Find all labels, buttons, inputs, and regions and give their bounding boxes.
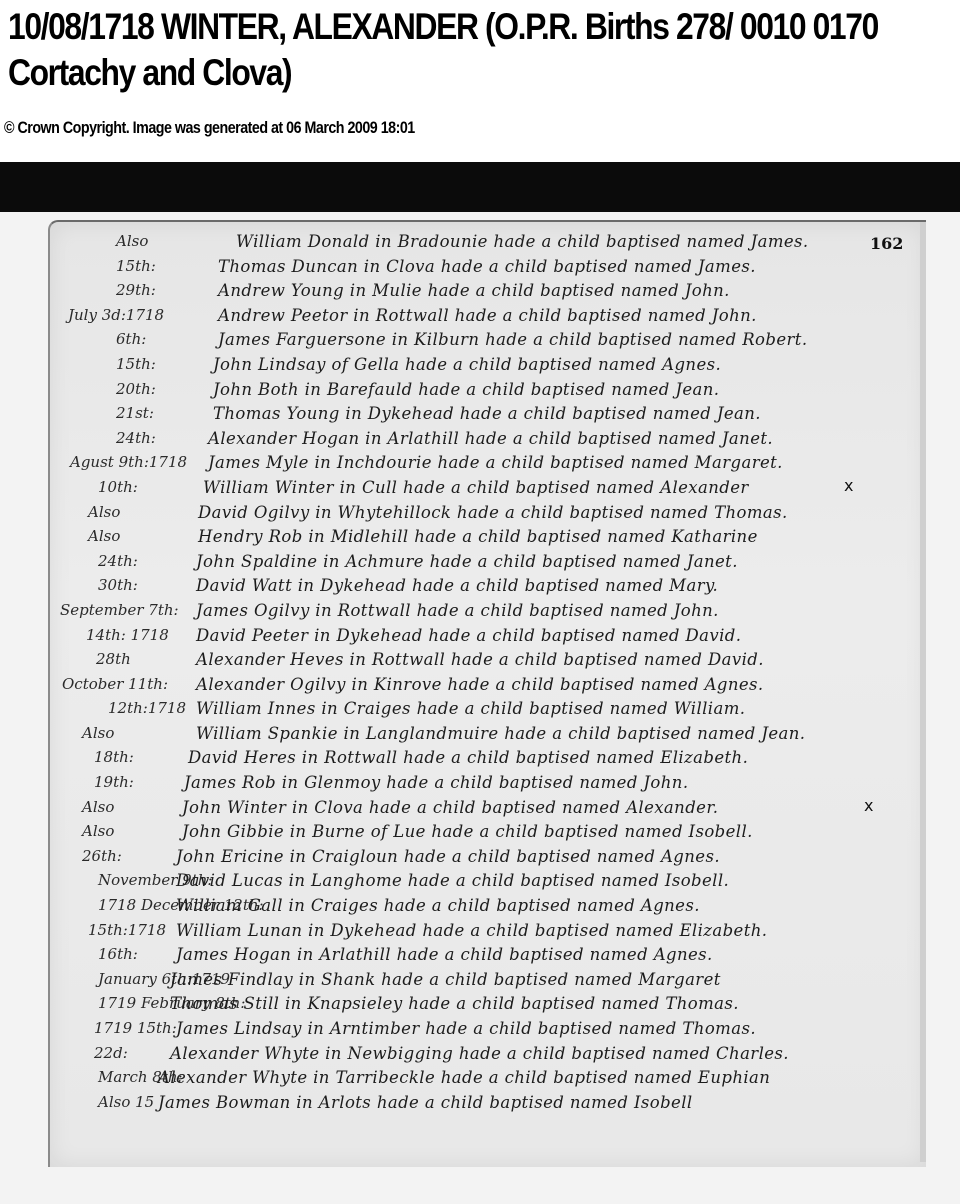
entry-text: James Bowman in Arlots hade a child bapt… (158, 1093, 693, 1112)
entry-text: John Winter in Clova hade a child baptis… (182, 798, 718, 817)
cross-mark-icon: x (864, 796, 873, 815)
register-entry: 6th:James Farguersone in Kilburn hade a … (58, 330, 918, 355)
entry-text: David Peeter in Dykehead hade a child ba… (196, 626, 741, 645)
entry-text: David Lucas in Langhome hade a child bap… (176, 871, 729, 890)
register-entry: 30th:David Watt in Dykehead hade a child… (58, 576, 918, 601)
register-entry: 18th:David Heres in Rottwall hade a chil… (58, 748, 918, 773)
register-entry: 15th:Thomas Duncan in Clova hade a child… (58, 257, 918, 282)
register-entry: October 11th:Alexander Ogilvy in Kinrove… (58, 675, 918, 700)
register-entry: 29th:Andrew Young in Mulie hade a child … (58, 281, 918, 306)
register-entry: September 7th:James Ogilvy in Rottwall h… (58, 601, 918, 626)
entry-text: David Watt in Dykehead hade a child bapt… (196, 576, 718, 595)
register-entry: 15th:1718William Lunan in Dykehead hade … (58, 921, 918, 946)
register-entry: 26th:John Ericine in Craigloun hade a ch… (58, 847, 918, 872)
register-entry: AlsoJohn Winter in Clova hade a child ba… (58, 798, 918, 823)
entry-text: James Myle in Inchdourie hade a child ba… (208, 453, 783, 472)
entry-date: Agust 9th:1718 (70, 453, 210, 471)
entry-text: William Gall in Craiges hade a child bap… (176, 896, 700, 915)
entry-text: William Spankie in Langlandmuire hade a … (196, 724, 805, 743)
entry-text: Alexander Heves in Rottwall hade a child… (196, 650, 764, 669)
register-entry: 19th:James Rob in Glenmoy hade a child b… (58, 773, 918, 798)
register-entry: AlsoJohn Gibbie in Burne of Lue hade a c… (58, 822, 918, 847)
entry-text: James Ogilvy in Rottwall hade a child ba… (196, 601, 719, 620)
entry-text: John Spaldine in Achmure hade a child ba… (196, 552, 738, 571)
register-entry: 10th:William Winter in Cull hade a child… (58, 478, 918, 503)
register-entry: 1719 15th:James Lindsay in Arntimber had… (58, 1019, 918, 1044)
entry-text: James Findlay in Shank hade a child bapt… (170, 970, 721, 989)
entry-text: John Gibbie in Burne of Lue hade a child… (182, 822, 753, 841)
register-entry: 24th:Alexander Hogan in Arlathill hade a… (58, 429, 918, 454)
scan-top-border (0, 162, 960, 214)
entry-text: William Winter in Cull hade a child bapt… (203, 478, 749, 497)
entry-date: October 11th: (62, 675, 202, 693)
entry-date: September 7th: (60, 601, 200, 619)
entry-text: William Innes in Craiges hade a child ba… (196, 699, 745, 718)
register-entry: 22d:Alexander Whyte in Newbigging hade a… (58, 1044, 918, 1069)
entry-text: Thomas Duncan in Clova hade a child bapt… (218, 257, 756, 276)
copyright-notice: © Crown Copyright. Image was generated a… (4, 118, 415, 138)
register-entry: 1718 December 12th:William Gall in Craig… (58, 896, 918, 921)
entry-text: John Both in Barefauld hade a child bapt… (213, 380, 719, 399)
register-entry: AlsoHendry Rob in Midlehill hade a child… (58, 527, 918, 552)
page-edge (920, 222, 926, 1162)
register-entry: 28thAlexander Heves in Rottwall hade a c… (58, 650, 918, 675)
entry-text: John Ericine in Craigloun hade a child b… (176, 847, 720, 866)
baptism-entries: AlsoWilliam Donald in Bradounie hade a c… (58, 232, 918, 1117)
entry-text: James Rob in Glenmoy hade a child baptis… (184, 773, 688, 792)
entry-text: David Heres in Rottwall hade a child bap… (188, 748, 748, 767)
register-entry: March 8th:Alexander Whyte in Tarribeckle… (58, 1068, 918, 1093)
record-header: 10/08/1718 WINTER, ALEXANDER (O.P.R. Bir… (0, 0, 960, 162)
entry-date: Also (116, 232, 256, 250)
register-entry: January 6th:1719James Findlay in Shank h… (58, 970, 918, 995)
entry-text: William Lunan in Dykehead hade a child b… (176, 921, 767, 940)
entry-text: Alexander Hogan in Arlathill hade a chil… (208, 429, 773, 448)
entry-text: James Farguersone in Kilburn hade a chil… (218, 330, 807, 349)
register-entry: 12th:1718William Innes in Craiges hade a… (58, 699, 918, 724)
register-entry: Agust 9th:1718James Myle in Inchdourie h… (58, 453, 918, 478)
register-entry: AlsoWilliam Spankie in Langlandmuire had… (58, 724, 918, 749)
entry-text: James Hogan in Arlathill hade a child ba… (176, 945, 713, 964)
entry-text: William Donald in Bradounie hade a child… (236, 232, 809, 251)
entry-text: Alexander Whyte in Newbigging hade a chi… (170, 1044, 789, 1063)
entry-text: John Lindsay of Gella hade a child bapti… (213, 355, 721, 374)
register-entry: 1719 February 8th:Thomas Still in Knapsi… (58, 994, 918, 1019)
register-entry: AlsoWilliam Donald in Bradounie hade a c… (58, 232, 918, 257)
entry-text: James Lindsay in Arntimber hade a child … (176, 1019, 756, 1038)
register-entry: 14th: 1718David Peeter in Dykehead hade … (58, 626, 918, 651)
register-entry: AlsoDavid Ogilvy in Whytehillock hade a … (58, 503, 918, 528)
register-entry: Also 15James Bowman in Arlots hade a chi… (58, 1093, 918, 1118)
entry-text: Alexander Ogilvy in Kinrove hade a child… (196, 675, 764, 694)
record-title: 10/08/1718 WINTER, ALEXANDER (O.P.R. Bir… (8, 4, 937, 96)
cross-mark-icon: x (844, 476, 853, 495)
entry-text: Hendry Rob in Midlehill hade a child bap… (198, 527, 758, 546)
register-entry: 15th:John Lindsay of Gella hade a child … (58, 355, 918, 380)
entry-text: Thomas Still in Knapsieley hade a child … (170, 994, 739, 1013)
register-entry: 24th:John Spaldine in Achmure hade a chi… (58, 552, 918, 577)
entry-text: Andrew Young in Mulie hade a child bapti… (218, 281, 730, 300)
register-entry: 16th:James Hogan in Arlathill hade a chi… (58, 945, 918, 970)
entry-text: Andrew Peetor in Rottwall hade a child b… (218, 306, 757, 325)
entry-date: July 3d:1718 (68, 306, 208, 324)
register-entry: 21st:Thomas Young in Dykehead hade a chi… (58, 404, 918, 429)
entry-text: Alexander Whyte in Tarribeckle hade a ch… (158, 1068, 770, 1087)
entry-text: David Ogilvy in Whytehillock hade a chil… (198, 503, 788, 522)
register-entry: 20th:John Both in Barefauld hade a child… (58, 380, 918, 405)
register-entry: November 9th:David Lucas in Langhome had… (58, 871, 918, 896)
entry-text: Thomas Young in Dykehead hade a child ba… (213, 404, 761, 423)
register-entry: July 3d:1718Andrew Peetor in Rottwall ha… (58, 306, 918, 331)
